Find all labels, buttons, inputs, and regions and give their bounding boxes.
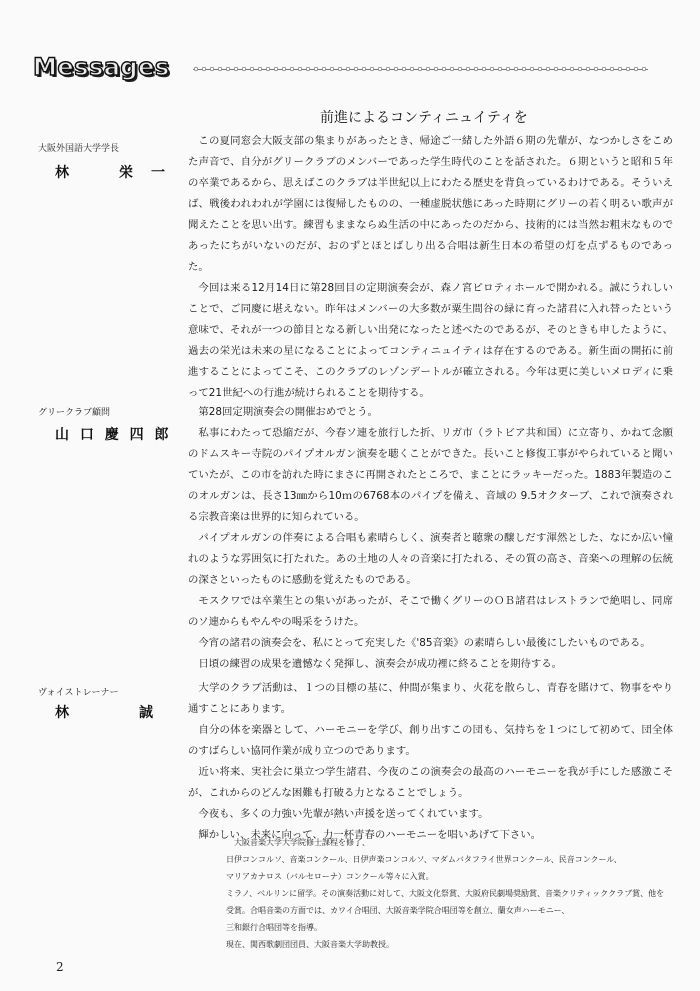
paragraph: この夏同窓会大阪支部の集まりがあったとき、帰途ご一緒した外語６期の先輩が、なつか…: [188, 131, 673, 278]
message-body: この夏同窓会大阪支部の集まりがあったとき、帰途ご一緒した外語６期の先輩が、なつか…: [188, 131, 673, 404]
chain-divider-icon: [193, 66, 648, 72]
author-affiliation: グリークラブ顧問: [38, 405, 110, 418]
bio-line: ミラノ、ベルリンに留学。その演奏活動に対して、大阪文化祭賞、大阪府民劇場奨励賞、…: [226, 885, 666, 919]
author-biography: 大阪音楽大学大学院修士課程を修了、 日伊コンコルソ、音楽コンクール、日伊声楽コン…: [226, 834, 666, 953]
paragraph: モスクワでは卒業生との集いがあったが、そこで働くグリーのＯＢ諸君はレストランで絶…: [188, 591, 673, 633]
paragraph: 大学のクラブ活動は、１つの目標の基に、仲間が集まり、火花を散らし、青春を賭けて、…: [188, 678, 673, 720]
article-title: 前進によるコンティニュイティを: [320, 107, 528, 127]
paragraph: 私事にわたって恐縮だが、今春ソ連を旅行した折、リガ市（ラトビア共和国）に立寄り、…: [188, 423, 673, 528]
author-affiliation: ヴォイストレーナー: [38, 685, 119, 698]
paragraph: 日頃の練習の成果を遺憾なく発揮し、演奏会が成功裡に終ることを期待する。: [188, 654, 673, 675]
bio-line: 三和銀行合唱団等を指導。: [226, 919, 666, 936]
paragraph: 自分の体を楽器として、ハーモニーを学び、創り出すこの団も、気持ちを１つにして初め…: [188, 720, 673, 762]
author-name: 山 口 慶 四 郎: [55, 424, 172, 444]
paragraph: 第28回定期演奏会の開催おめでとう。: [188, 402, 673, 423]
author-name: 林 栄 一: [55, 162, 167, 182]
paragraph: 今夜も、多くの力強い先輩が熱い声援を送ってくれています。: [188, 804, 673, 825]
bio-line: 大阪音楽大学大学院修士課程を修了、: [226, 834, 666, 851]
page-number: 2: [56, 960, 64, 974]
paragraph: 今宵の諸君の演奏会を、私にとって充実した《'85音楽》の素晴らしい最後にしたいも…: [188, 633, 673, 654]
bio-line: 日伊コンコルソ、音楽コンクール、日伊声楽コンコルソ、マダムバタフライ世界コンクー…: [226, 851, 666, 868]
page-header: Messages: [33, 52, 673, 86]
bio-line: 現在、関西歌劇団団員、大阪音楽大学助教授。: [226, 936, 666, 953]
bio-line: マリアカナロス（バルセローナ）コンクール等々に入賞。: [226, 868, 666, 885]
messages-logo: Messages: [33, 52, 170, 82]
paragraph: 今回は来る12月14日に第28回目の定期演奏会が、森ノ宮ピロティホールで開かれる…: [188, 278, 673, 404]
paragraph: 近い将来、実社会に巣立つ学生諸君、今夜のこの演奏会の最高のハーモニーを我が手にし…: [188, 762, 673, 804]
message-body: 大学のクラブ活動は、１つの目標の基に、仲間が集まり、火花を散らし、青春を賭けて、…: [188, 678, 673, 846]
message-body: 第28回定期演奏会の開催おめでとう。 私事にわたって恐縮だが、今春ソ連を旅行した…: [188, 402, 673, 675]
paragraph: パイプオルガンの伴奏による合唱も素晴らしく、演奏者と聴衆の醸しだす渾然とした、な…: [188, 528, 673, 591]
author-affiliation: 大阪外国語大学学長: [38, 141, 119, 154]
author-name: 林 誠: [55, 702, 153, 722]
